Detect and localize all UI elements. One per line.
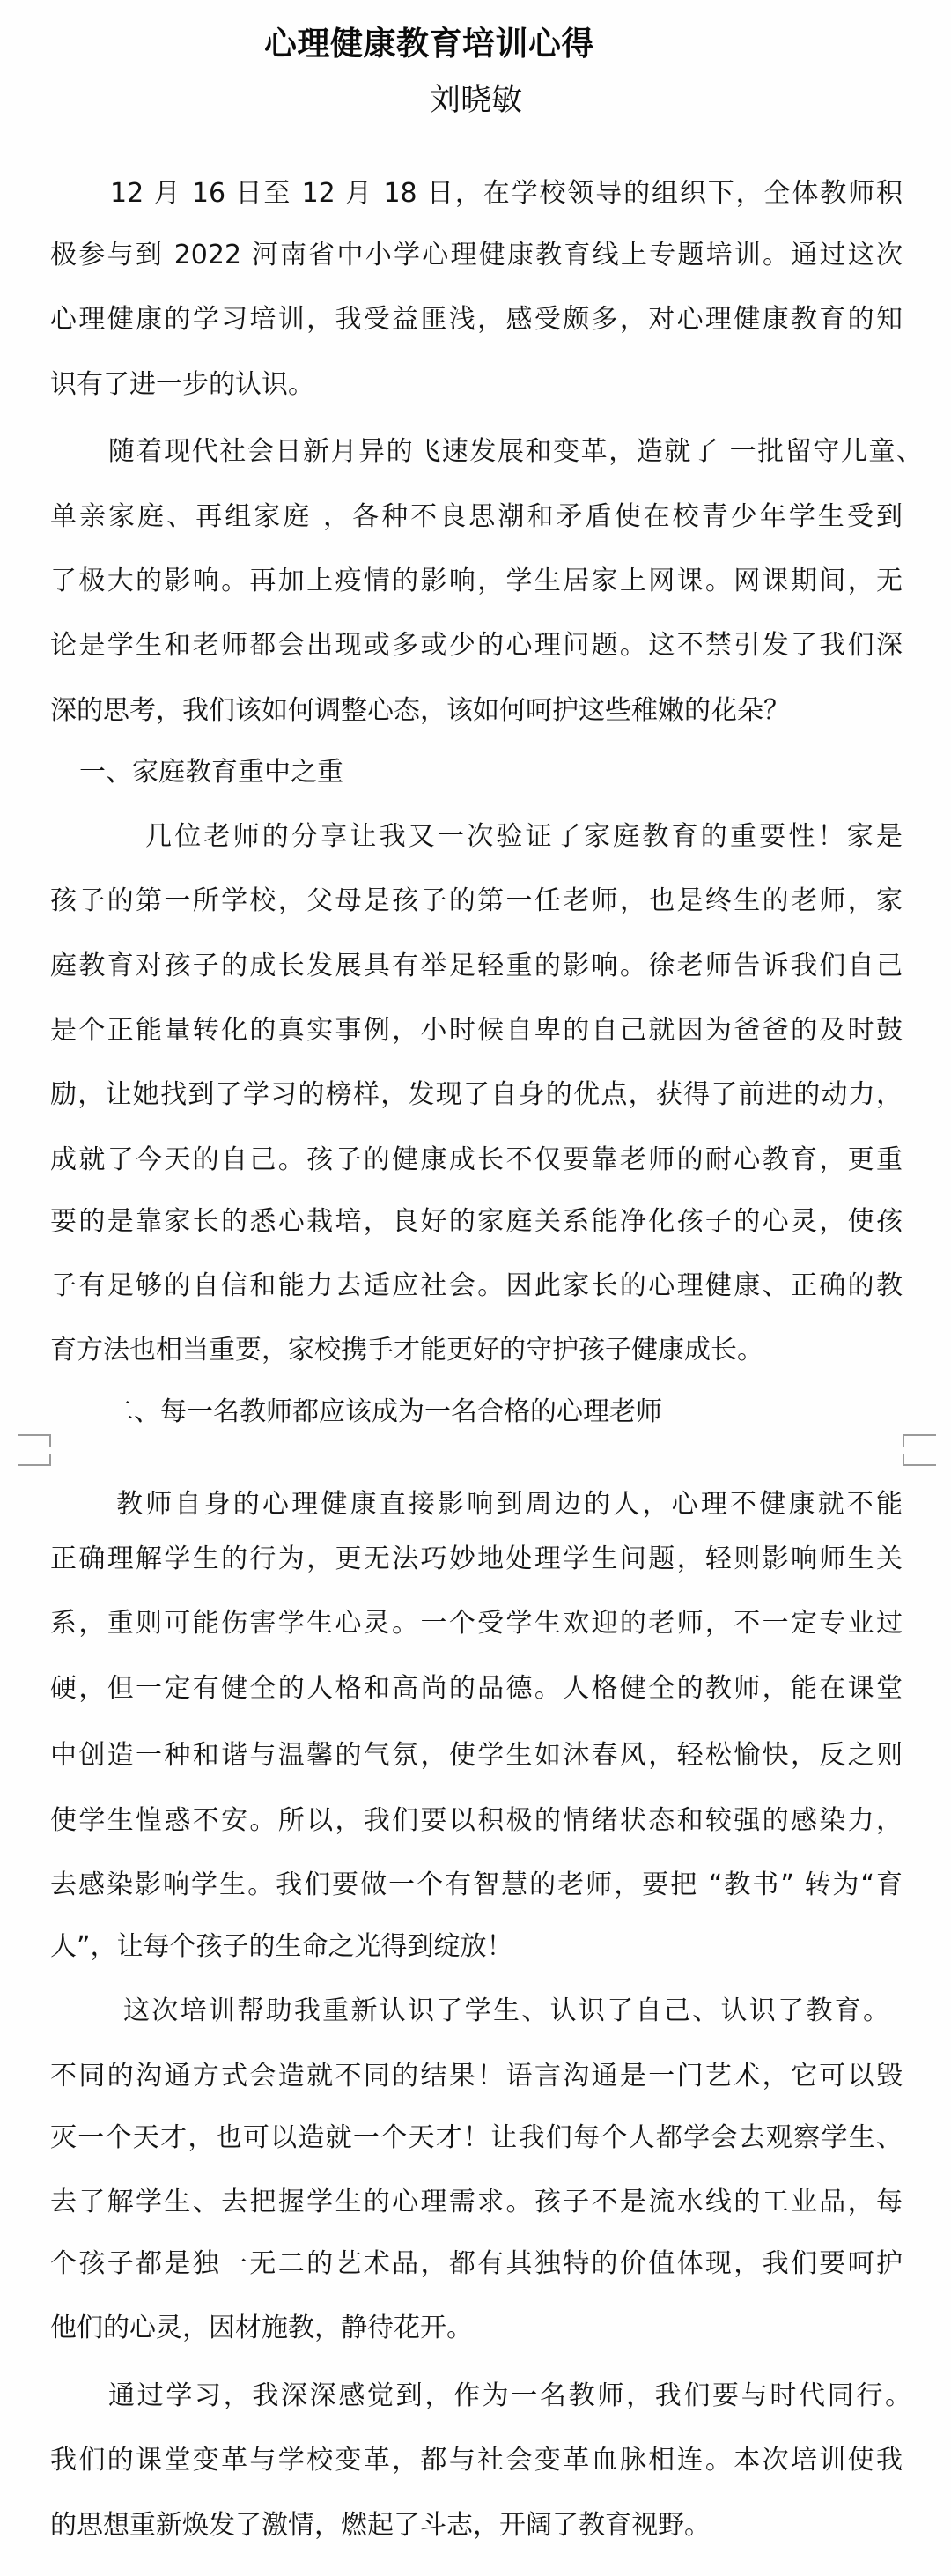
- text-line: 去了解学生、去把握学生的心理需求。孩子不是流水线的工业品，每: [50, 2183, 903, 2222]
- text-line: 识有了进一步的认识。: [50, 366, 314, 404]
- text-line: 教师自身的心理健康直接影响到周边的人，心理不健康就不能: [116, 1485, 903, 1524]
- text-line: 是个正能量转化的真实事例，小时候自卑的自己就因为爸爸的及时鼓: [50, 1011, 903, 1050]
- text-line: 正确理解学生的行为，更无法巧妙地处理学生问题，轻则影响师生关: [50, 1540, 903, 1579]
- text-line: 他们的心灵，因材施教，静待花开。: [50, 2309, 473, 2348]
- text-line: 通过学习，我深深感觉到，作为一名教师，我们要与时代同行。: [108, 2377, 911, 2416]
- section-heading-family-education: 一、家庭教育重中之重: [79, 753, 343, 792]
- text-line: 庭教育对孩子的成长发展具有举足轻重的影响。徐老师告诉我们自己: [50, 947, 903, 986]
- text-line: 孩子的第一所学校，父母是孩子的第一任老师，也是终生的老师，家: [50, 882, 903, 921]
- text-line: 心理健康的学习培训，我受益匪浅，感受颇多，对心理健康教育的知: [50, 300, 903, 339]
- text-line: 不同的沟通方式会造就不同的结果！语言沟通是一门艺术，它可以毁: [50, 2057, 903, 2096]
- author-name: 刘晓敏: [430, 79, 522, 122]
- text-line: 极参与到 2022 河南省中小学心理健康教育线上专题培训。通过这次: [50, 236, 903, 275]
- text-line: 随着现代社会日新月异的飞速发展和变革，造就了 一批留守儿童、: [108, 433, 923, 471]
- document-page: 心理健康教育培训心得 刘晓敏 12 月 16 日至 12 月 18 日，在学校领…: [0, 0, 951, 2576]
- text-line: 使学生惶惑不安。所以，我们要以积极的情绪状态和较强的感染力，: [50, 1802, 903, 1840]
- text-line: 个孩子都是独一无二的艺术品，都有其独特的价值体现，我们要呵护: [50, 2245, 903, 2284]
- text-line: 的思想重新焕发了激情，燃起了斗志，开阔了教育视野。: [50, 2506, 711, 2545]
- page-break-mark-right-top: [903, 1434, 936, 1447]
- text-line: 人”，让每个孩子的生命之光得到绽放！: [50, 1928, 513, 1966]
- document-title: 心理健康教育培训心得: [264, 21, 608, 67]
- text-line: 要的是靠家长的悉心栽培，良好的家庭关系能净化孩子的心灵，使孩: [50, 1203, 903, 1241]
- text-line: 单亲家庭、再组家庭 ，各种不良思潮和矛盾使在校青少年学生受到: [50, 498, 903, 537]
- text-line: 了极大的影响。再加上疫情的影响，学生居家上网课。网课期间，无: [50, 562, 903, 601]
- text-line: 子有足够的自信和能力去适应社会。因此家长的心理健康、正确的教: [50, 1267, 903, 1306]
- section-heading-teacher-role: 二、每一名教师都应该成为一名合格的心理老师: [107, 1393, 662, 1432]
- text-line: 论是学生和老师都会出现或多或少的心理问题。这不禁引发了我们深: [50, 626, 903, 665]
- text-line: 硬，但一定有健全的人格和高尚的品德。人格健全的教师，能在课堂: [50, 1669, 903, 1708]
- text-line: 我们的课堂变革与学校变革，都与社会变革血脉相连。本次培训使我: [50, 2441, 903, 2480]
- text-line: 系，重则可能伤害学生心灵。一个受学生欢迎的老师，不一定专业过: [50, 1604, 903, 1643]
- page-break-mark-left-top: [18, 1434, 51, 1447]
- text-line: 育方法也相当重要，家校携手才能更好的守护孩子健康成长。: [50, 1331, 763, 1370]
- text-line: 12 月 16 日至 12 月 18 日，在学校领导的组织下，全体教师积: [110, 174, 903, 213]
- text-line: 深的思考，我们该如何调整心态，该如何呵护这些稚嫩的花朵？: [50, 692, 790, 730]
- text-line: 成就了今天的自己。孩子的健康成长不仅要靠老师的耐心教育，更重: [50, 1141, 903, 1180]
- page-break-mark-right-bottom: [903, 1454, 936, 1466]
- text-line: 去感染影响学生。我们要做一个有智慧的老师，要把 “教书” 转为“育: [50, 1866, 903, 1905]
- text-line: 几位老师的分享让我又一次验证了家庭教育的重要性！家是: [145, 818, 903, 856]
- text-line: 灭一个天才，也可以造就一个天才！让我们每个人都学会去观察学生、: [50, 2119, 903, 2158]
- text-line: 这次培训帮助我重新认识了学生、认识了自己、认识了教育。: [123, 1992, 889, 2031]
- page-break-mark-left-bottom: [18, 1454, 51, 1466]
- text-line: 中创造一种和谐与温馨的气氛，使学生如沐春风，轻松愉快，反之则: [50, 1736, 903, 1775]
- text-line: 励，让她找到了学习的榜样，发现了自身的优点，获得了前进的动力，: [50, 1076, 903, 1114]
